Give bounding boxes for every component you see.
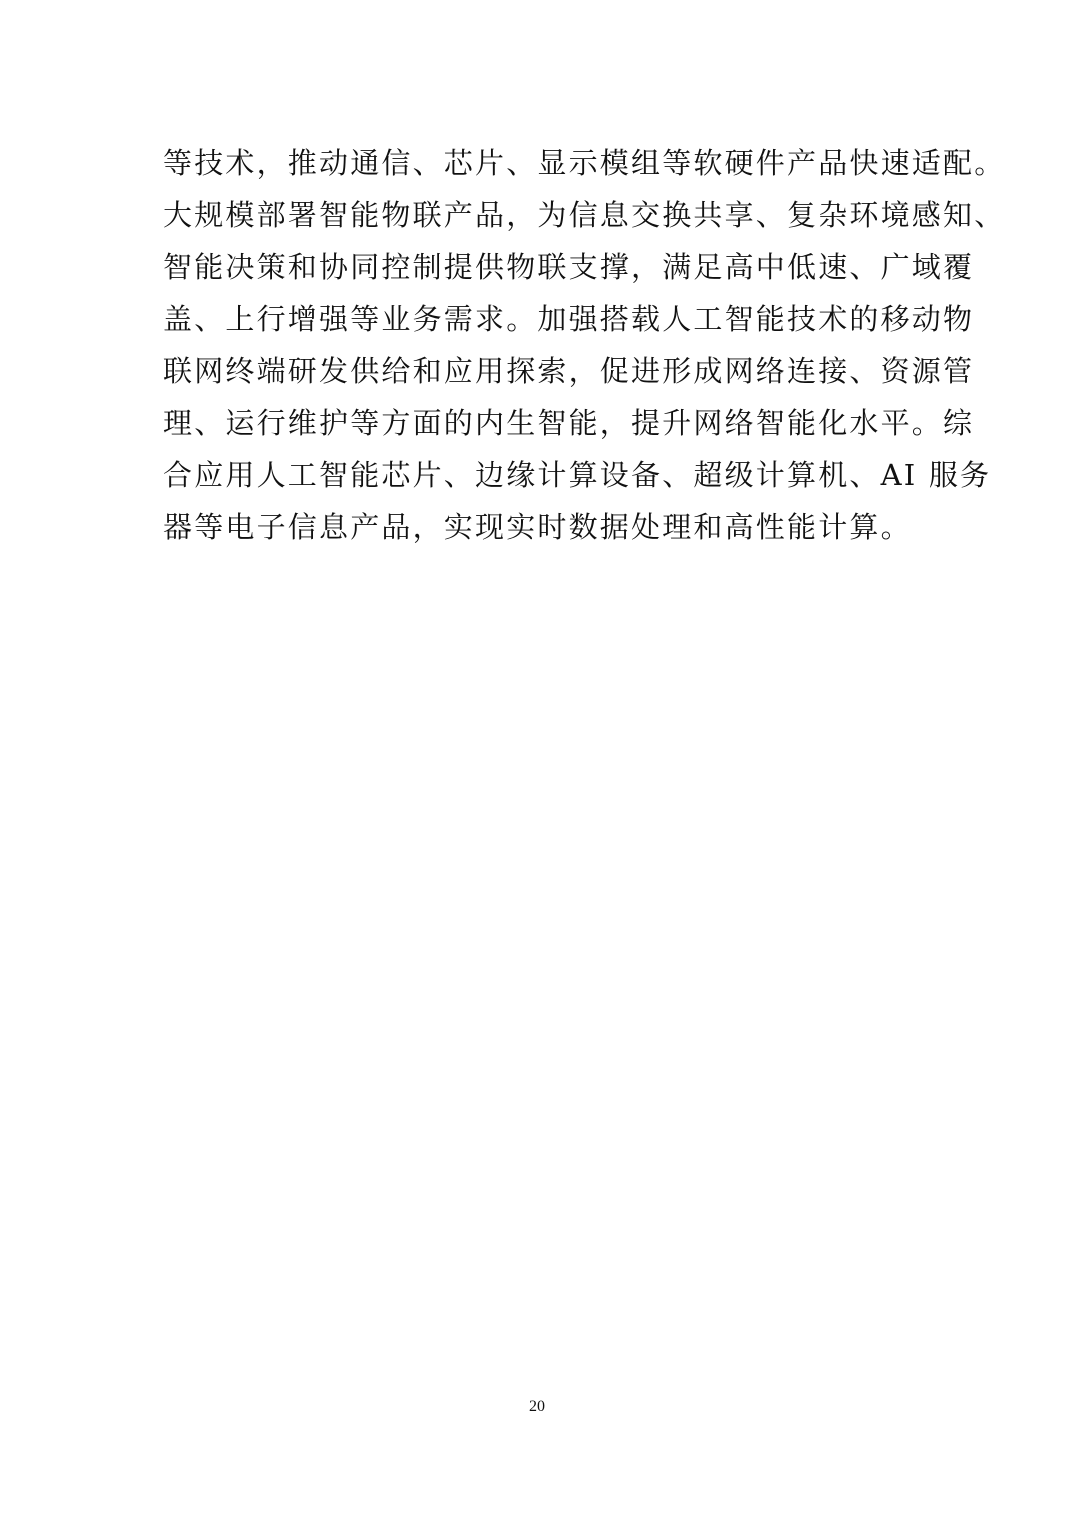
paragraph-line-4: 盖、上行增强等业务需求。加强搭载人工智能技术的移动物 <box>163 293 915 345</box>
document-page: 等技术，推动通信、芯片、显示模组等软硬件产品快速适配。 大规模部署智能物联产品，… <box>0 0 1074 1520</box>
paragraph-line-1: 等技术，推动通信、芯片、显示模组等软硬件产品快速适配。 <box>163 137 915 189</box>
paragraph-line-2: 大规模部署智能物联产品，为信息交换共享、复杂环境感知、 <box>163 189 915 241</box>
paragraph-line-6: 理、运行维护等方面的内生智能，提升网络智能化水平。综 <box>163 397 915 449</box>
paragraph-line-3: 智能决策和协同控制提供物联支撑，满足高中低速、广域覆 <box>163 241 915 293</box>
paragraph-line-5: 联网终端研发供给和应用探索，促进形成网络连接、资源管 <box>163 345 915 397</box>
page-number: 20 <box>0 1398 1074 1416</box>
body-paragraph: 等技术，推动通信、芯片、显示模组等软硬件产品快速适配。 大规模部署智能物联产品，… <box>163 137 915 553</box>
paragraph-line-7: 合应用人工智能芯片、边缘计算设备、超级计算机、AI 服务 <box>163 449 915 501</box>
paragraph-line-8: 器等电子信息产品，实现实时数据处理和高性能计算。 <box>163 501 915 553</box>
